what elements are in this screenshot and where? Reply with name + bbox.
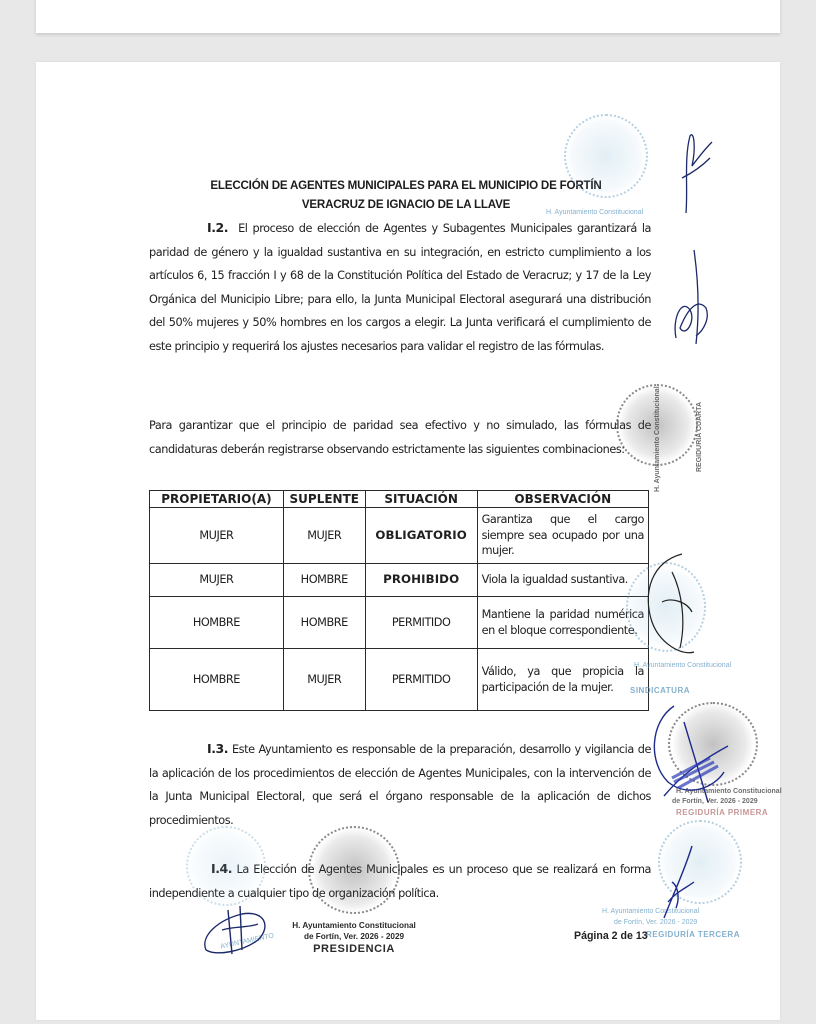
cell-situacion: PERMITIDO — [365, 649, 477, 711]
cell-suplente: HOMBRE — [283, 564, 365, 597]
presidencia-seal-caption: H. Ayuntamiento Constitucional de Fortín… — [274, 920, 434, 956]
stamp-caption: H. Ayuntamiento Constitucional — [634, 662, 731, 669]
cell-observacion: Viola la igualdad sustantiva. — [477, 564, 648, 597]
cell-observacion: Garantiza que el cargo siempre sea ocupa… — [477, 508, 648, 564]
cell-situacion: PROHIBIDO — [365, 564, 477, 597]
signature-icon — [198, 900, 278, 960]
table-row: MUJER HOMBRE PROHIBIDO Viola la igualdad… — [150, 564, 649, 597]
signature-icon — [642, 552, 702, 662]
stamp-caption-vertical: REGIDURÍA CUARTA — [696, 402, 703, 472]
table-row: HOMBRE HOMBRE PERMITIDO Mantiene la pari… — [150, 597, 649, 649]
parity-combinations-table: PROPIETARIO(A) SUPLENTE SITUACIÓN OBSERV… — [149, 490, 649, 711]
section-number: I.3. — [207, 741, 228, 756]
cell-propietario: HOMBRE — [150, 597, 284, 649]
cell-situacion: OBLIGATORIO — [365, 508, 477, 564]
signature-icon — [644, 702, 734, 812]
cell-propietario: MUJER — [150, 564, 284, 597]
cell-observacion: Válido, ya que propicia la participación… — [477, 649, 648, 711]
signature-icon — [668, 248, 718, 348]
seal-line-1: H. Ayuntamiento Constitucional — [274, 920, 434, 931]
table-intro: Para garantizar que el principio de pari… — [149, 414, 651, 461]
title-line-1: ELECCIÓN DE AGENTES MUNICIPALES PARA EL … — [186, 176, 626, 195]
header-propietario: PROPIETARIO(A) — [150, 491, 284, 508]
table-row: MUJER MUJER OBLIGATORIO Garantiza que el… — [150, 508, 649, 564]
cell-propietario: MUJER — [150, 508, 284, 564]
section-1-3: I.3. Este Ayuntamiento es responsable de… — [149, 737, 651, 832]
municipal-stamp-icon — [564, 114, 648, 198]
table-row: HOMBRE MUJER PERMITIDO Válido, ya que pr… — [150, 649, 649, 711]
signature-icon — [676, 128, 716, 218]
cell-suplente: MUJER — [283, 508, 365, 564]
table-header-row: PROPIETARIO(A) SUPLENTE SITUACIÓN OBSERV… — [150, 491, 649, 508]
stamp-caption: H. Ayuntamiento Constitucional — [546, 209, 643, 216]
cell-suplente: HOMBRE — [283, 597, 365, 649]
cell-propietario: HOMBRE — [150, 649, 284, 711]
section-number: I.2. — [207, 220, 228, 235]
cell-suplente: MUJER — [283, 649, 365, 711]
signature-icon — [658, 842, 698, 922]
header-suplente: SUPLENTE — [283, 491, 365, 508]
seal-office: PRESIDENCIA — [274, 942, 434, 956]
municipal-stamp-icon — [186, 826, 266, 906]
stamp-caption-vertical: H. Ayuntamiento Constitucional — [654, 386, 661, 492]
page-number: Página 2 de 13 — [574, 930, 648, 942]
cell-observacion: Mantiene la paridad numérica en el bloqu… — [477, 597, 648, 649]
national-seal-presidencia-icon — [308, 826, 400, 914]
stamp-office: SINDICATURA — [630, 686, 690, 695]
document-page: ELECCIÓN DE AGENTES MUNICIPALES PARA EL … — [36, 62, 780, 1020]
previous-page — [36, 0, 780, 33]
header-situacion: SITUACIÓN — [365, 491, 477, 508]
header-observacion: OBSERVACIÓN — [477, 491, 648, 508]
section-text: El proceso de elección de Agentes y Suba… — [149, 222, 651, 353]
cell-situacion: PERMITIDO — [365, 597, 477, 649]
seal-line-2: de Fortín, Ver. 2026 - 2029 — [274, 931, 434, 942]
section-1-2: I.2. El proceso de elección de Agentes y… — [149, 216, 651, 359]
stamp-office: REGIDURÍA TERCERA — [646, 930, 740, 939]
